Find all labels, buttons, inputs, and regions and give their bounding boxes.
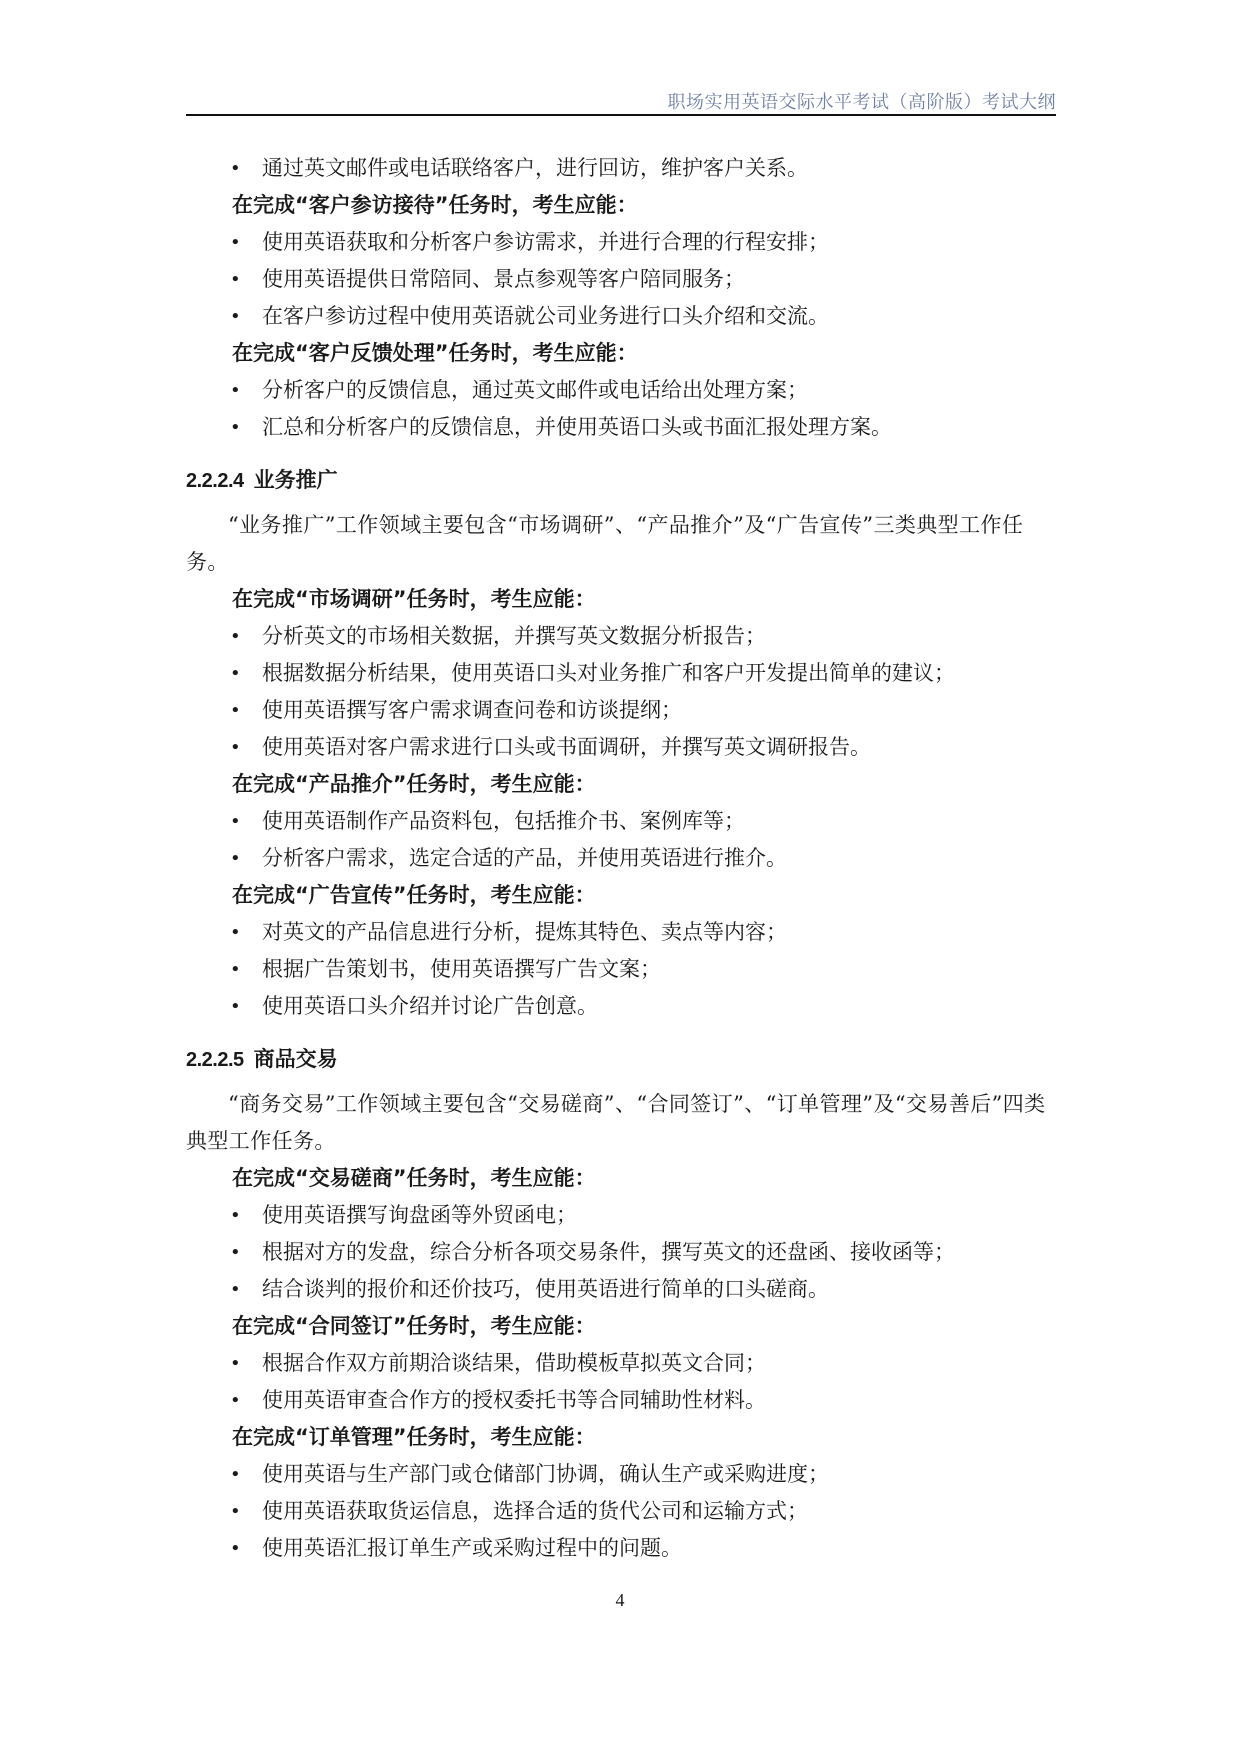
bullet-icon: • [230,372,241,409]
list-item: •使用英语撰写询盘函等外贸函电； [186,1197,1066,1234]
task-heading: 在完成“产品推介”任务时，考生应能： [186,766,1066,803]
list-item: •分析客户需求，选定合适的产品，并使用英语进行推介。 [186,840,1066,877]
list-item: •根据对方的发盘，综合分析各项交易条件，撰写英文的还盘函、接收函等； [186,1234,1066,1271]
section-intro: “业务推广”工作领域主要包含“市场调研”、“产品推介”及“广告宣传”三类典型工作… [186,507,1056,581]
bullet-icon: • [230,1234,241,1271]
list-item: •使用英语制作产品资料包，包括推介书、案例库等； [186,803,1066,840]
bullet-icon: • [230,1197,241,1234]
header-rule [186,114,1056,116]
section-heading-2-2-2-4: 2.2.2.4业务推广 [186,462,1066,499]
bullet-icon: • [230,1530,241,1567]
list-item: •结合谈判的报价和还价技巧，使用英语进行简单的口头磋商。 [186,1271,1066,1308]
section-number: 2.2.2.4 [186,470,244,492]
bullet-icon: • [230,1271,241,1308]
bullet-icon: • [230,298,241,335]
section-intro: “商务交易”工作领域主要包含“交易磋商”、“合同签订”、“订单管理”及“交易善后… [186,1086,1056,1160]
task-heading: 在完成“市场调研”任务时，考生应能： [186,581,1066,618]
list-item: •使用英语对客户需求进行口头或书面调研，并撰写英文调研报告。 [186,729,1066,766]
bullet-icon: • [230,692,241,729]
task-heading: 在完成“广告宣传”任务时，考生应能： [186,877,1066,914]
bullet-icon: • [230,1382,241,1419]
list-item: •在客户参访过程中使用英语就公司业务进行口头介绍和交流。 [186,298,1066,335]
section-heading-2-2-2-5: 2.2.2.5商品交易 [186,1041,1066,1078]
bullet-icon: • [230,1493,241,1530]
bullet-icon: • [230,914,241,951]
section-title: 业务推广 [254,469,338,492]
bullet-icon: • [230,409,241,446]
page-content: •通过英文邮件或电话联络客户，进行回访，维护客户关系。 在完成“客户参访接待”任… [186,150,1066,1567]
list-item: •使用英语获取和分析客户参访需求，并进行合理的行程安排； [186,224,1066,261]
task-heading: 在完成“客户反馈处理”任务时，考生应能： [186,335,1066,372]
running-header-title: 职场实用英语交际水平考试（高阶版）考试大纲 [668,88,1057,114]
bullet-icon: • [230,150,241,187]
list-item: •汇总和分析客户的反馈信息，并使用英语口头或书面汇报处理方案。 [186,409,1066,446]
list-item: •分析客户的反馈信息，通过英文邮件或电话给出处理方案； [186,372,1066,409]
bullet-icon: • [230,803,241,840]
list-item: •根据数据分析结果，使用英语口头对业务推广和客户开发提出简单的建议； [186,655,1066,692]
bullet-icon: • [230,840,241,877]
list-item: •使用英语提供日常陪同、景点参观等客户陪同服务； [186,261,1066,298]
list-item: •分析英文的市场相关数据，并撰写英文数据分析报告； [186,618,1066,655]
task-heading: 在完成“合同签订”任务时，考生应能： [186,1308,1066,1345]
bullet-icon: • [230,618,241,655]
section-title: 商品交易 [254,1048,338,1071]
list-item: •使用英语获取货运信息，选择合适的货代公司和运输方式； [186,1493,1066,1530]
list-item: •使用英语口头介绍并讨论广告创意。 [186,988,1066,1025]
list-item: •使用英语与生产部门或仓储部门协调，确认生产或采购进度； [186,1456,1066,1493]
bullet-icon: • [230,655,241,692]
list-item: •通过英文邮件或电话联络客户，进行回访，维护客户关系。 [186,150,1066,187]
document-page: 职场实用英语交际水平考试（高阶版）考试大纲 •通过英文邮件或电话联络客户，进行回… [0,0,1240,1753]
bullet-icon: • [230,1456,241,1493]
bullet-icon: • [230,1345,241,1382]
bullet-icon: • [230,729,241,766]
list-item: •使用英语审查合作方的授权委托书等合同辅助性材料。 [186,1382,1066,1419]
bullet-icon: • [230,224,241,261]
list-item: •使用英语汇报订单生产或采购过程中的问题。 [186,1530,1066,1567]
bullet-icon: • [230,951,241,988]
list-item: •对英文的产品信息进行分析，提炼其特色、卖点等内容； [186,914,1066,951]
task-heading: 在完成“订单管理”任务时，考生应能： [186,1419,1066,1456]
bullet-icon: • [230,988,241,1025]
list-item: •根据合作双方前期洽谈结果，借助模板草拟英文合同； [186,1345,1066,1382]
task-heading: 在完成“交易磋商”任务时，考生应能： [186,1160,1066,1197]
section-number: 2.2.2.5 [186,1049,244,1071]
list-item: •根据广告策划书，使用英语撰写广告文案； [186,951,1066,988]
page-number: 4 [0,1590,1240,1611]
task-heading: 在完成“客户参访接待”任务时，考生应能： [186,187,1066,224]
bullet-icon: • [230,261,241,298]
list-item: •使用英语撰写客户需求调查问卷和访谈提纲； [186,692,1066,729]
